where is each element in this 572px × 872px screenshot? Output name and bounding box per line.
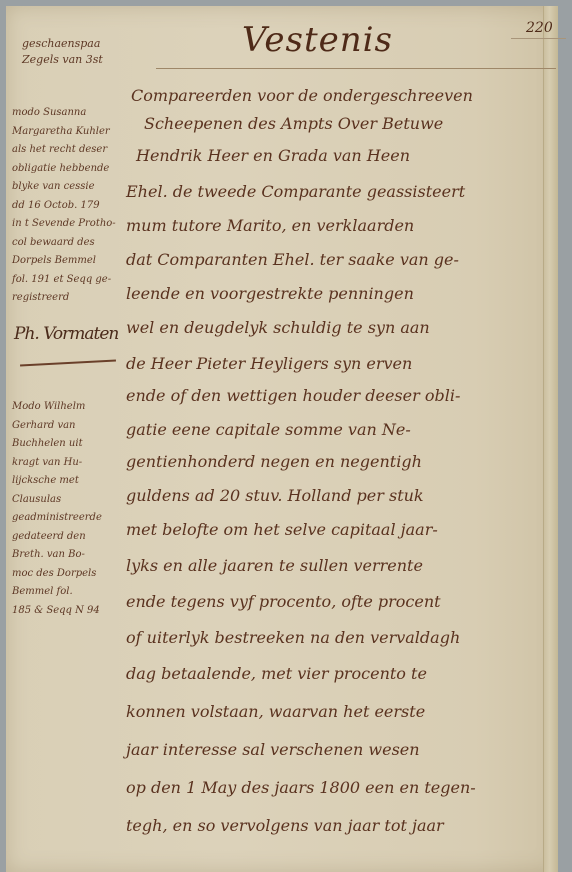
body-line: mum tutore Marito, en verklaarden xyxy=(126,216,414,235)
page-edge xyxy=(543,6,558,872)
margin-line: col bewaard des xyxy=(12,234,140,253)
margin-line: Bemmel fol. xyxy=(12,583,140,602)
page-title: Vestenis xyxy=(242,20,393,60)
folio-underline xyxy=(511,38,566,39)
body-line: Compareerden voor de ondergeschreeven xyxy=(131,86,473,105)
margin-line: Margaretha Kuhler xyxy=(12,123,140,142)
body-line: Hendrik Heer en Grada van Heen xyxy=(136,146,410,165)
body-line: ende of den wettigen houder deeser obli- xyxy=(126,386,460,405)
margin-line: Breth. van Bo- xyxy=(12,546,140,565)
body-line: guldens ad 20 stuv. Holland per stuk xyxy=(126,486,424,505)
body-line: gatie eene capitale somme van Ne- xyxy=(126,420,411,439)
top-margin-note: geschaenspaa Zegels van 3st xyxy=(22,36,103,68)
margin-line: blyke van cessie xyxy=(12,178,140,197)
margin-line: Dorpels Bemmel xyxy=(12,252,140,271)
body-line: op den 1 May des jaars 1800 een en tegen… xyxy=(126,778,476,797)
body-line: Scheepenen des Ampts Over Betuwe xyxy=(144,114,443,133)
margin-line: dd 16 Octob. 179 xyxy=(12,197,140,216)
margin-line: gedateerd den xyxy=(12,528,140,547)
body-line: Ehel. de tweede Comparante geassisteert xyxy=(126,182,465,201)
signature-flourish xyxy=(20,359,116,366)
margin-line: 185 & Seqq N 94 xyxy=(12,602,140,621)
margin-line: als het recht deser xyxy=(12,141,140,160)
title-underline xyxy=(156,68,556,69)
body-line: dag betaalende, met vier procento te xyxy=(126,664,427,683)
margin-line: Buchhelen uit xyxy=(12,435,140,454)
margin-line: lijcksche met xyxy=(12,472,140,491)
margin-line: moc des Dorpels xyxy=(12,565,140,584)
body-line: wel en deugdelyk schuldig te syn aan xyxy=(126,318,430,337)
manuscript-page: geschaenspaa Zegels van 3st Vestenis 220… xyxy=(6,6,558,872)
folio-number: 220 xyxy=(526,20,553,36)
body-line: met belofte om het selve capitaal jaar- xyxy=(126,520,438,539)
body-line: ende tegens vyf procento, ofte procent xyxy=(126,592,441,611)
margin-line: fol. 191 et Seqq ge- xyxy=(12,271,140,290)
signature: Ph. Vormaten xyxy=(14,324,118,344)
body-line: jaar interesse sal verschenen wesen xyxy=(126,740,420,759)
margin-line: modo Susanna xyxy=(12,104,140,123)
margin-line: obligatie hebbende xyxy=(12,160,140,179)
margin-line: geadministreerde xyxy=(12,509,140,528)
margin-line: Gerhard van xyxy=(12,417,140,436)
margin-line: in t Sevende Protho- xyxy=(12,215,140,234)
body-line: leende en voorgestrekte penningen xyxy=(126,284,414,303)
body-line: konnen volstaan, waarvan het eerste xyxy=(126,702,425,721)
body-line: de Heer Pieter Heyligers syn erven xyxy=(126,354,412,373)
margin-line: kragt van Hu- xyxy=(12,454,140,473)
body-line: lyks en alle jaaren te sullen verrente xyxy=(126,556,423,575)
margin-line: registreerd xyxy=(12,289,140,308)
body-line: gentienhonderd negen en negentigh xyxy=(126,452,422,471)
top-note-line: geschaenspaa xyxy=(22,36,103,52)
margin-line: Clausulas xyxy=(12,491,140,510)
margin-line: Modo Wilhelm xyxy=(12,398,140,417)
body-line: tegh, en so vervolgens van jaar tot jaar xyxy=(126,816,444,835)
margin-note-1: modo Susanna Margaretha Kuhler als het r… xyxy=(12,104,140,308)
body-line: dat Comparanten Ehel. ter saake van ge- xyxy=(126,250,459,269)
top-note-line: Zegels van 3st xyxy=(22,52,103,68)
margin-note-2: Modo Wilhelm Gerhard van Buchhelen uit k… xyxy=(12,398,140,620)
body-line: of uiterlyk bestreeken na den vervaldagh xyxy=(126,628,460,647)
